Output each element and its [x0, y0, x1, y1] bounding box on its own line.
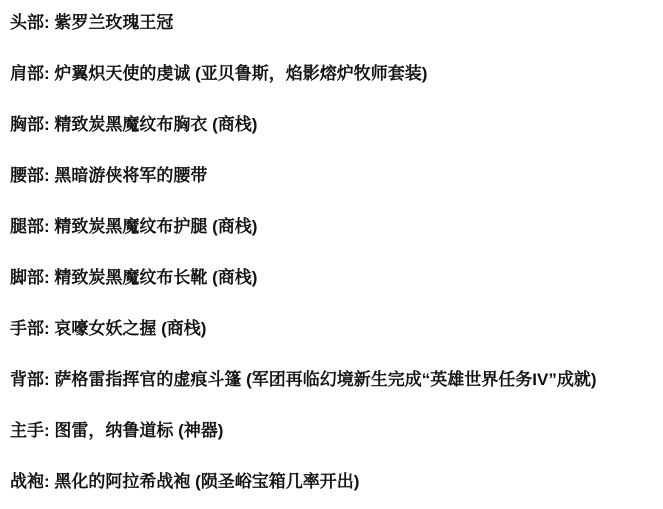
equipment-line-head: 头部: 紫罗兰玫瑰王冠	[10, 12, 655, 34]
equipment-line-chest: 胸部: 精致炭黑魔纹布胸衣 (商栈)	[10, 114, 655, 136]
equipment-line-shoulder: 肩部: 炉翼炽天使的虔诚 (亚贝鲁斯，焰影熔炉牧师套装)	[10, 63, 655, 85]
equipment-list-document: 头部: 紫罗兰玫瑰王冠 肩部: 炉翼炽天使的虔诚 (亚贝鲁斯，焰影熔炉牧师套装)…	[0, 0, 663, 509]
equipment-line-hands: 手部: 哀嚎女妖之握 (商栈)	[10, 318, 655, 340]
equipment-line-legs: 腿部: 精致炭黑魔纹布护腿 (商栈)	[10, 216, 655, 238]
equipment-line-tabard: 战袍: 黑化的阿拉希战袍 (陨圣峪宝箱几率开出)	[10, 471, 655, 493]
equipment-line-main-hand: 主手: 图雷，纳鲁道标 (神器)	[10, 420, 655, 442]
equipment-line-waist: 腰部: 黑暗游侠将军的腰带	[10, 165, 655, 187]
equipment-line-feet: 脚部: 精致炭黑魔纹布长靴 (商栈)	[10, 267, 655, 289]
equipment-line-back: 背部: 萨格雷指挥官的虚痕斗篷 (军团再临幻境新生完成“英雄世界任务IV”成就)	[10, 369, 655, 391]
